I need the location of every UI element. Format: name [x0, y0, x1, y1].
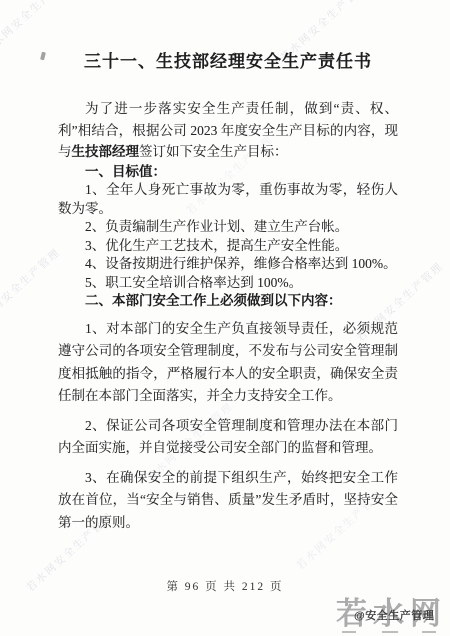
intro-paragraph: 为了进一步落实安全生产责任制，做到“责、权、利”相结合，根据公司 2023 年度…	[58, 98, 398, 163]
paragraph: 2、保证公司各项安全管理制度和管理办法在本部门内全面实施，并自觉接受公司安全部门…	[58, 415, 398, 460]
section1-heading: 一、目标值：	[58, 163, 398, 182]
intro-text-end: 签订如下安全生产目标：	[139, 144, 288, 159]
list-item: 2、负责编制生产作业计划、建立生产台帐。	[58, 218, 398, 237]
document-page: 若水网安全生产管理 若水网安全生产管理 若水网安全生产管理 若水网安全生产管理 …	[0, 0, 450, 636]
section2-heading: 二、本部门安全工作上必须做到以下内容：	[58, 292, 398, 311]
site-logo-overlay-text: @安全生产管理	[354, 607, 434, 623]
list-item: 1、全年人身死亡事故为零，重伤事故为零，轻伤人数为零。	[58, 181, 398, 218]
list-item: 3、优化生产工艺技术，提高生产安全性能。	[58, 237, 398, 256]
document-content: 三十一、生技部经理安全生产责任书 为了进一步落实安全生产责任制，做到“责、权、利…	[58, 0, 398, 534]
diagonal-watermark: 若水网安全生产管理	[0, 245, 64, 331]
list-item: 5、职工安全培训合格率达到 100%。	[58, 274, 398, 293]
scan-artifact	[40, 52, 46, 61]
paragraph: 3、在确保安全的前提下组织生产，始终把安全工作放在首位，当“安全与销售、质量”发…	[58, 467, 398, 535]
paragraph: 1、对本部门的安全生产负直接领导责任，必须规范遵守公司的各项安全管理制度，不发布…	[58, 318, 398, 408]
list-item: 4、设备按期进行维护保养，维修合格率达到 100%。	[58, 255, 398, 274]
ruoshui-site-watermark: 若水网 @安全生产管理	[332, 590, 450, 636]
intro-text-emphasis: 生技部经理	[72, 144, 140, 159]
logo-underline-marks	[342, 630, 438, 633]
page-title: 三十一、生技部经理安全生产责任书	[58, 0, 398, 74]
